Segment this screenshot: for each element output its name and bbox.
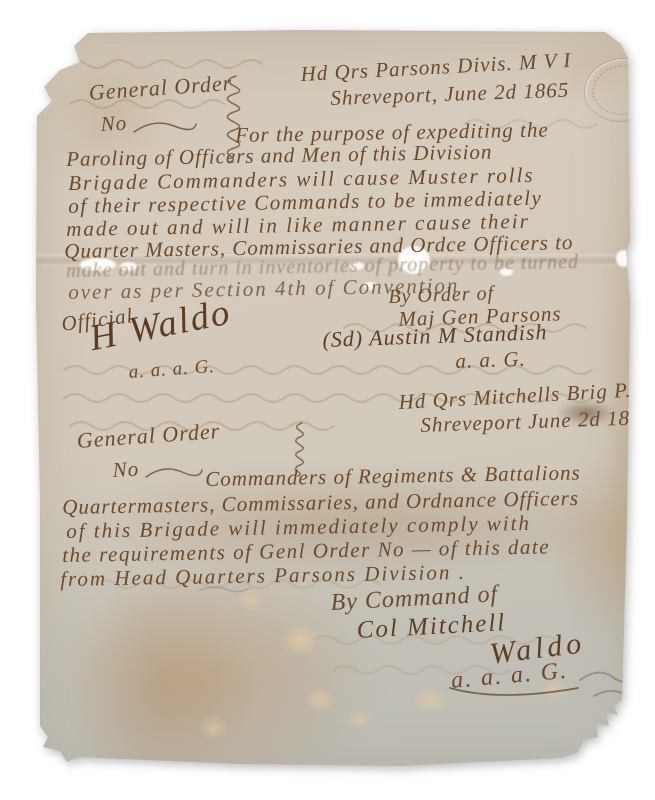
s2-order-number-label: No	[112, 457, 140, 483]
document-sheet: Hd Qrs Parsons Divis. M V I Shreveport, …	[34, 28, 632, 776]
s2-order-number-flourish	[142, 466, 206, 482]
s1-order-number-label: No	[100, 111, 128, 137]
s1-signature-title: a. a. G.	[455, 347, 526, 374]
photograph-backdrop: Hd Qrs Parsons Divis. M V I Shreveport, …	[0, 0, 655, 800]
s1-order-number-flourish	[130, 120, 200, 136]
s2-signature-underline-flourish	[448, 682, 584, 704]
document-sheet-shadow: Hd Qrs Parsons Divis. M V I Shreveport, …	[34, 28, 632, 776]
